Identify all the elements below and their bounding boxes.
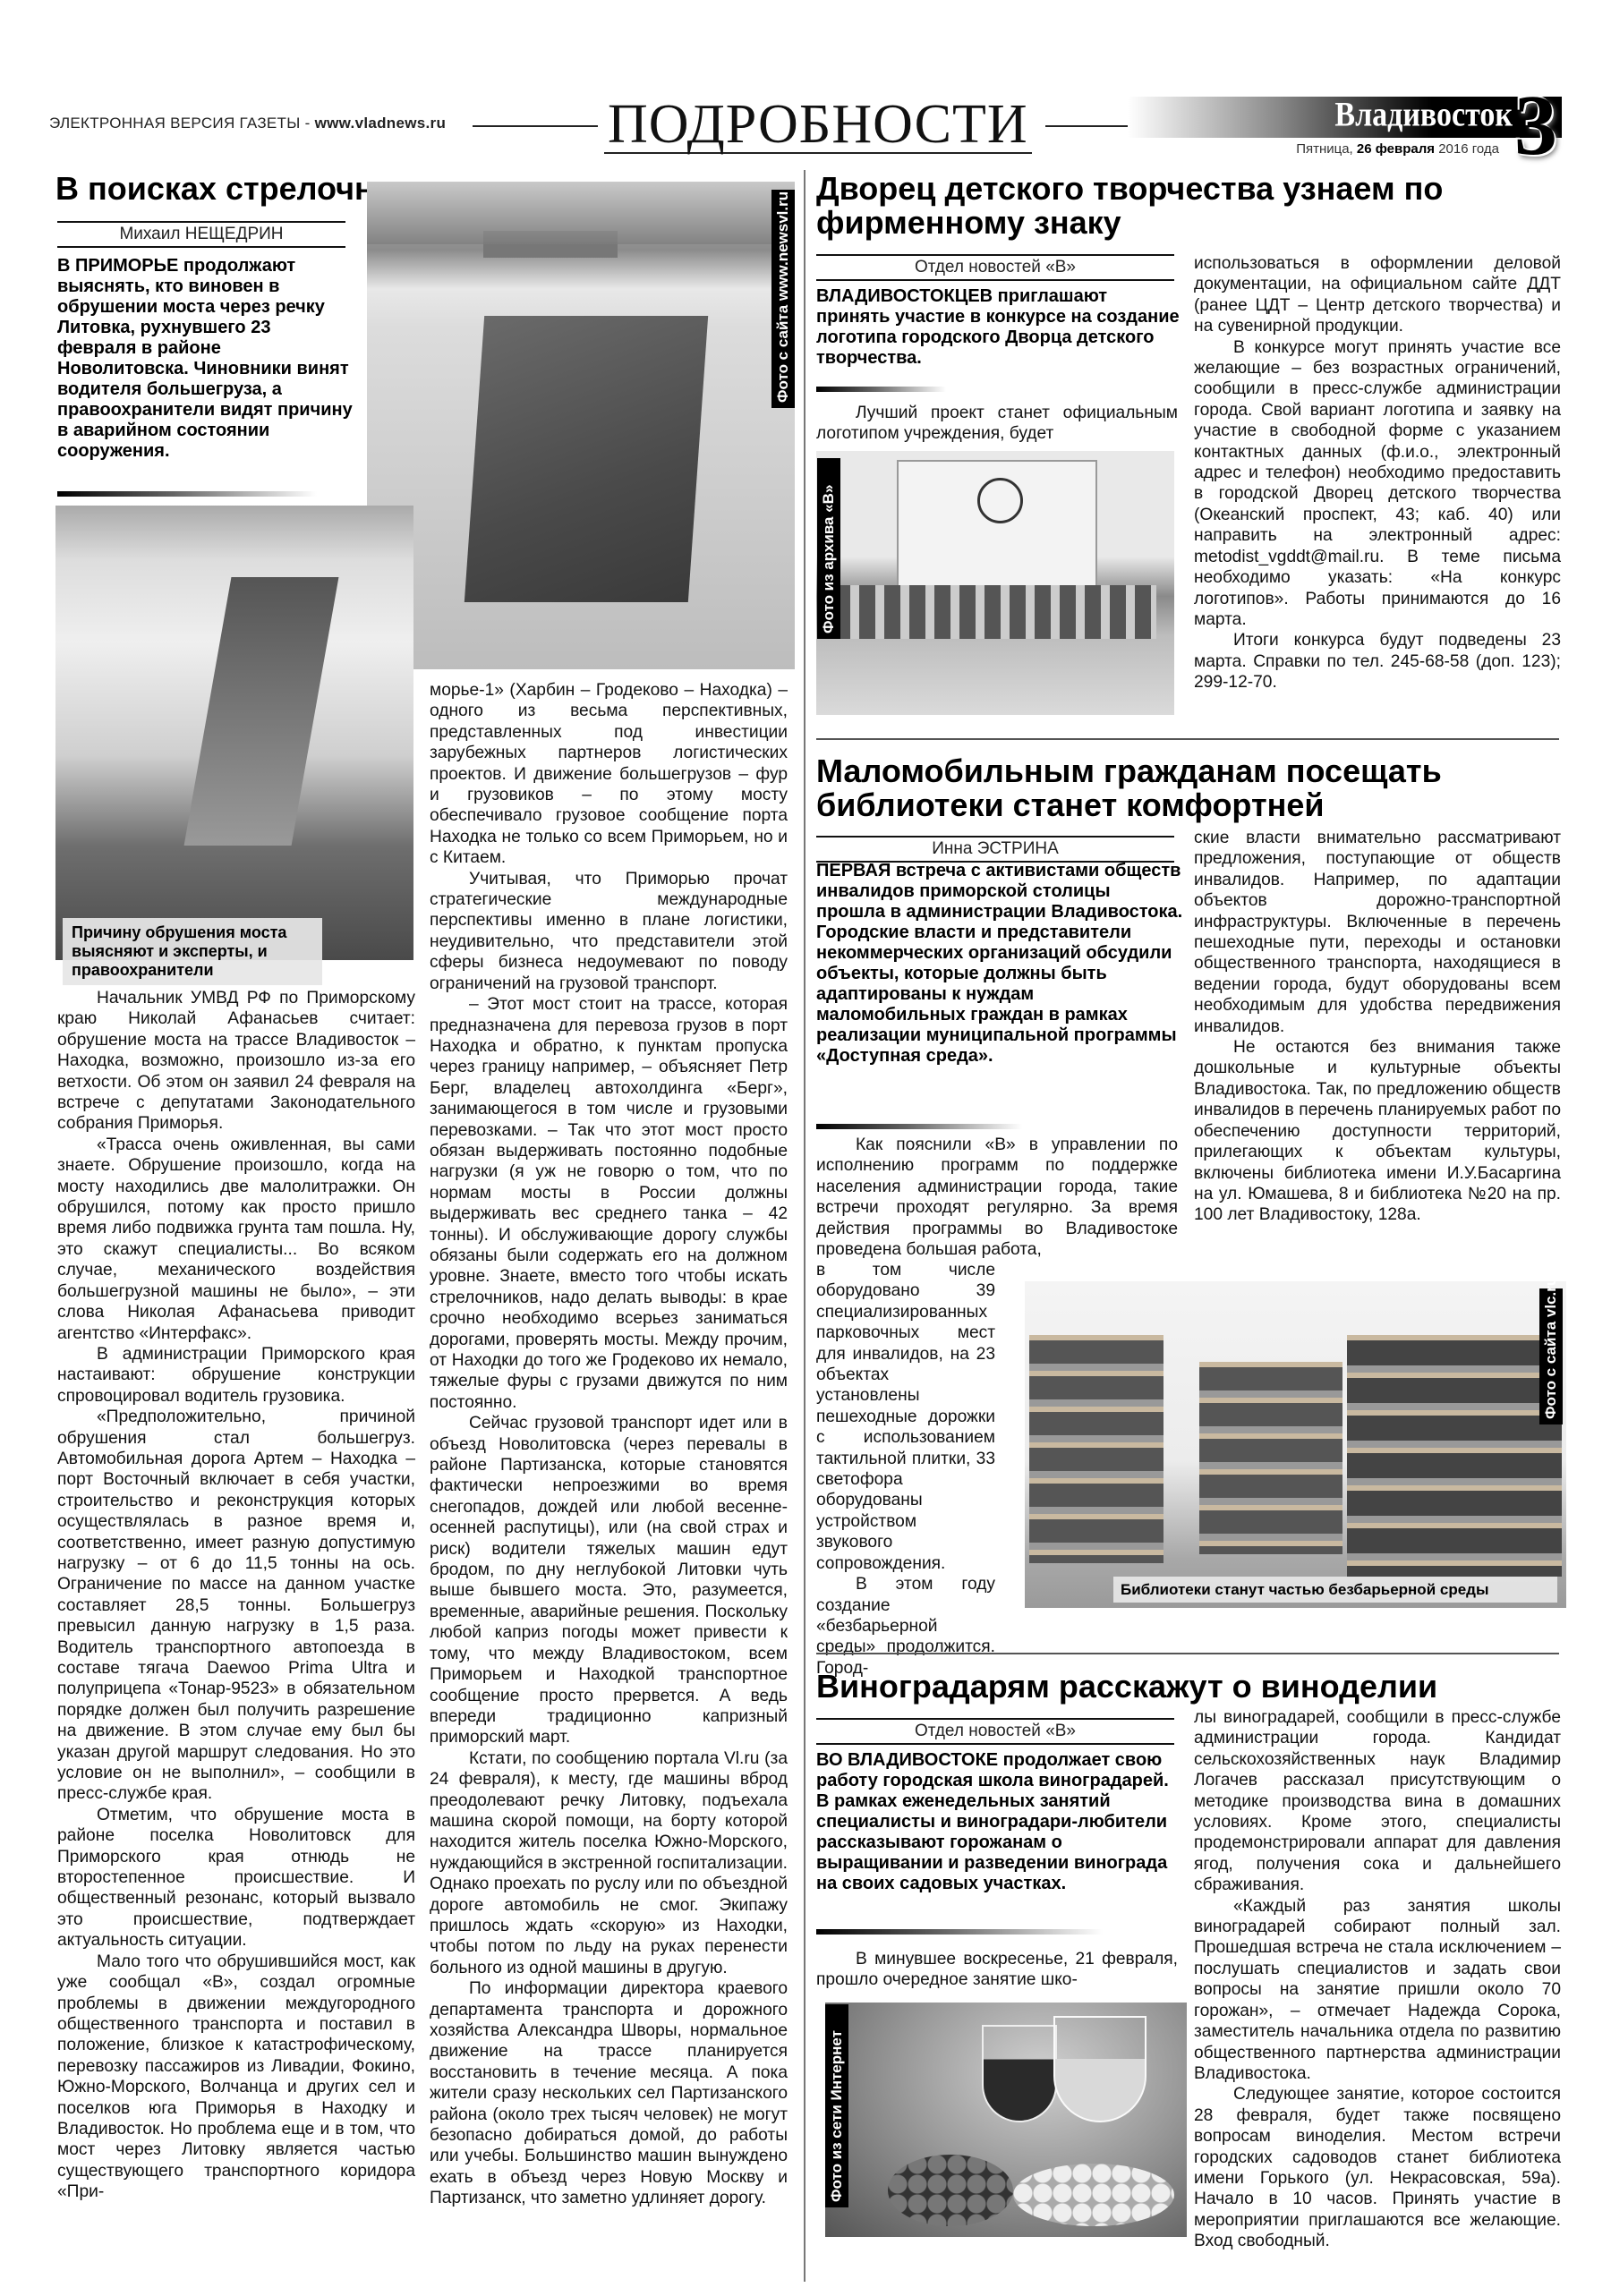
- brand-logo: Владивосток: [1334, 96, 1513, 135]
- building-emblem: [977, 478, 1023, 523]
- palace-byline: Отдел новостей «В»: [816, 254, 1174, 281]
- palace-lead: ВЛАДИВОСТОКЦЕВ приглашают принять участи…: [816, 286, 1183, 369]
- trees-band: [367, 182, 795, 244]
- paragraph: Мало того что обрушившийся мост, как уже…: [57, 1952, 415, 2203]
- library-photo-credit: Фото с сайта vlc.ru: [1539, 1288, 1563, 1424]
- library-byline: Инна ЭСТРИНА: [816, 836, 1174, 863]
- masthead-rule-right: [1045, 125, 1135, 127]
- section-title: ПОДРОБНОСТИ: [604, 97, 1032, 154]
- lead-rule: [816, 387, 946, 392]
- red-wine-glass: [982, 2025, 1057, 2122]
- masthead-rule-left: [473, 125, 598, 127]
- building-windows: [834, 585, 1156, 639]
- white-grapes: [1013, 2164, 1174, 2226]
- paragraph: Учитывая, что Приморью прочат стратегиче…: [430, 869, 788, 994]
- paragraph: По информации директора краевого департа…: [430, 1978, 788, 2208]
- palace-photo-credit: Фото из архива «В»: [817, 458, 840, 639]
- paragraph: ские власти внимательно рассматривают пр…: [1194, 828, 1561, 1037]
- library-lead: ПЕРВАЯ встреча с активистами обществ инв…: [816, 861, 1183, 1067]
- date-year: 2016 года: [1435, 141, 1499, 157]
- library-column-1-top: Как пояснили «В» в управлении по исполне…: [816, 1135, 1178, 1260]
- paragraph: Сейчас грузовой транспорт идет или в объ…: [430, 1413, 788, 1748]
- palace-column-1: Лучший проект станет официальным логотип…: [816, 403, 1178, 445]
- bridge-side-shape: [184, 577, 339, 846]
- bridge-byline: Михаил НЕЩЕДРИН: [57, 221, 345, 248]
- wine-lead: ВО ВЛАДИВОСТОКЕ продолжает свою работу г…: [816, 1750, 1183, 1894]
- white-wine-glass: [1053, 2016, 1146, 2122]
- library-column-1-narrow: в том числе оборудовано 39 специализиров…: [816, 1260, 995, 1679]
- lead-rule: [816, 1929, 1103, 1935]
- paragraph: «Каждый раз занятия школы виноградарей с…: [1194, 1896, 1561, 2085]
- section-divider: [816, 738, 1559, 740]
- bridge-collapse-photo: [367, 182, 795, 669]
- column-divider: [804, 170, 805, 2282]
- palace-column-2: использоваться в оформлении деловой доку…: [1194, 253, 1561, 693]
- paragraph: использоваться в оформлении деловой доку…: [1194, 253, 1561, 337]
- bookshelf: [1347, 1335, 1562, 1577]
- paragraph: «Предположительно, причиной обрушения ст…: [57, 1407, 415, 1805]
- paragraph: в том числе оборудовано 39 специализиров…: [816, 1260, 995, 1574]
- paragraph: Как пояснили «В» в управлении по исполне…: [816, 1135, 1178, 1260]
- date-weekday: Пятница,: [1296, 141, 1357, 157]
- paragraph: Отметим, что обрушение моста в районе по…: [57, 1805, 415, 1952]
- paragraph: – Этот мост стоит на трассе, которая пре…: [430, 994, 788, 1413]
- paragraph: «Трасса очень оживленная, вы сами знаете…: [57, 1135, 415, 1344]
- bridge-side-photo: [55, 506, 413, 960]
- wine-headline: Виноградарям расскажут о виноделии: [816, 1670, 1586, 1704]
- bridge-column-2: морье-1» (Харбин – Гродеково – Находка) …: [430, 680, 788, 2209]
- bridge-photo-credit: Фото с сайта www.newsvl.ru: [771, 190, 795, 408]
- lead-rule: [57, 491, 317, 497]
- paragraph: Начальник УМВД РФ по Приморскому краю Ни…: [57, 988, 415, 1135]
- library-photo-caption: Библиотеки станут частью безбарьерной ср…: [1113, 1577, 1557, 1603]
- paragraph: Лучший проект станет официальным логотип…: [816, 403, 1178, 445]
- lead-caps: В ПРИМОРЬЕ: [57, 256, 178, 276]
- paragraph: Кстати, по сообщению портала Vl.ru (за 2…: [430, 1748, 788, 1978]
- collapsed-span-shape: [465, 316, 708, 602]
- bridge-photo-caption: Причину обрушения моста выясняют и экспе…: [63, 918, 322, 985]
- lead-text: встреча с активистами обществ инвалидов …: [816, 861, 1182, 1066]
- edition-label: ЭЛЕКТРОННАЯ ВЕРСИЯ ГАЗЕТЫ - www.vladnews…: [49, 115, 446, 132]
- lead-caps: ВЛАДИВОСТОКЦЕВ: [816, 286, 993, 306]
- dark-grapes: [888, 2155, 1013, 2226]
- paragraph: В администрации Приморского края настаив…: [57, 1344, 415, 1407]
- lead-rule: [816, 1124, 1022, 1129]
- library-column-2: ские власти внимательно рассматривают пр…: [1194, 828, 1561, 1226]
- wine-byline: Отдел новостей «В»: [816, 1718, 1174, 1745]
- paragraph: лы виноградарей, сообщили в пресс-службе…: [1194, 1707, 1561, 1896]
- palace-building-photo: [816, 451, 1174, 715]
- website-link[interactable]: www.vladnews.ru: [315, 115, 447, 132]
- bridge-column-1: Начальник УМВД РФ по Приморскому краю Ни…: [57, 988, 415, 2203]
- wine-column-2: лы виноградарей, сообщили в пресс-службе…: [1194, 1707, 1561, 2252]
- page-number: 3: [1514, 82, 1557, 168]
- paragraph: Итоги конкурса будут подведены 23 марта.…: [1194, 630, 1561, 693]
- paragraph: В этом году создание «безбарьерной среды…: [816, 1574, 995, 1679]
- bridge-lead: В ПРИМОРЬЕ продолжают выяснять, кто вино…: [57, 256, 353, 462]
- paragraph: В конкурсе могут принять участие все жел…: [1194, 337, 1561, 631]
- library-bookshelves-photo: [1025, 1281, 1566, 1608]
- lead-caps: ПЕРВАЯ: [816, 861, 891, 880]
- palace-headline: Дворец детского творчества узнаем по фир…: [816, 172, 1586, 240]
- paragraph: Не остаются без внимания также дошкольны…: [1194, 1037, 1561, 1226]
- issue-date: Пятница, 26 февраля 2016 года: [1296, 141, 1499, 157]
- paragraph: В минувшее воскресенье, 21 февраля, прош…: [816, 1949, 1178, 1991]
- bookshelf: [1029, 1335, 1163, 1563]
- paragraph: Следующее занятие, которое состоится 28 …: [1194, 2084, 1561, 2251]
- paragraph: морье-1» (Харбин – Гродеково – Находка) …: [430, 680, 788, 869]
- edition-text: ЭЛЕКТРОННАЯ ВЕРСИЯ ГАЗЕТЫ -: [49, 115, 315, 132]
- date-day: 26 февраля: [1357, 141, 1435, 157]
- lead-caps: ВО ВЛАДИВОСТОКЕ: [816, 1750, 998, 1770]
- lead-text: продолжают выяснять, кто виновен в обруш…: [57, 256, 353, 461]
- wine-column-1: В минувшее воскресенье, 21 февраля, прош…: [816, 1949, 1178, 1991]
- section-divider: [816, 1653, 1559, 1654]
- wine-glasses-photo: [825, 2003, 1187, 2237]
- wine-photo-credit: Фото из сети Интернет: [825, 2004, 848, 2207]
- lead-text: продолжает свою работу городская школа в…: [816, 1750, 1169, 1893]
- library-headline: Маломобильным гражданам посещать библиот…: [816, 754, 1586, 822]
- bookshelf: [1199, 1362, 1342, 1554]
